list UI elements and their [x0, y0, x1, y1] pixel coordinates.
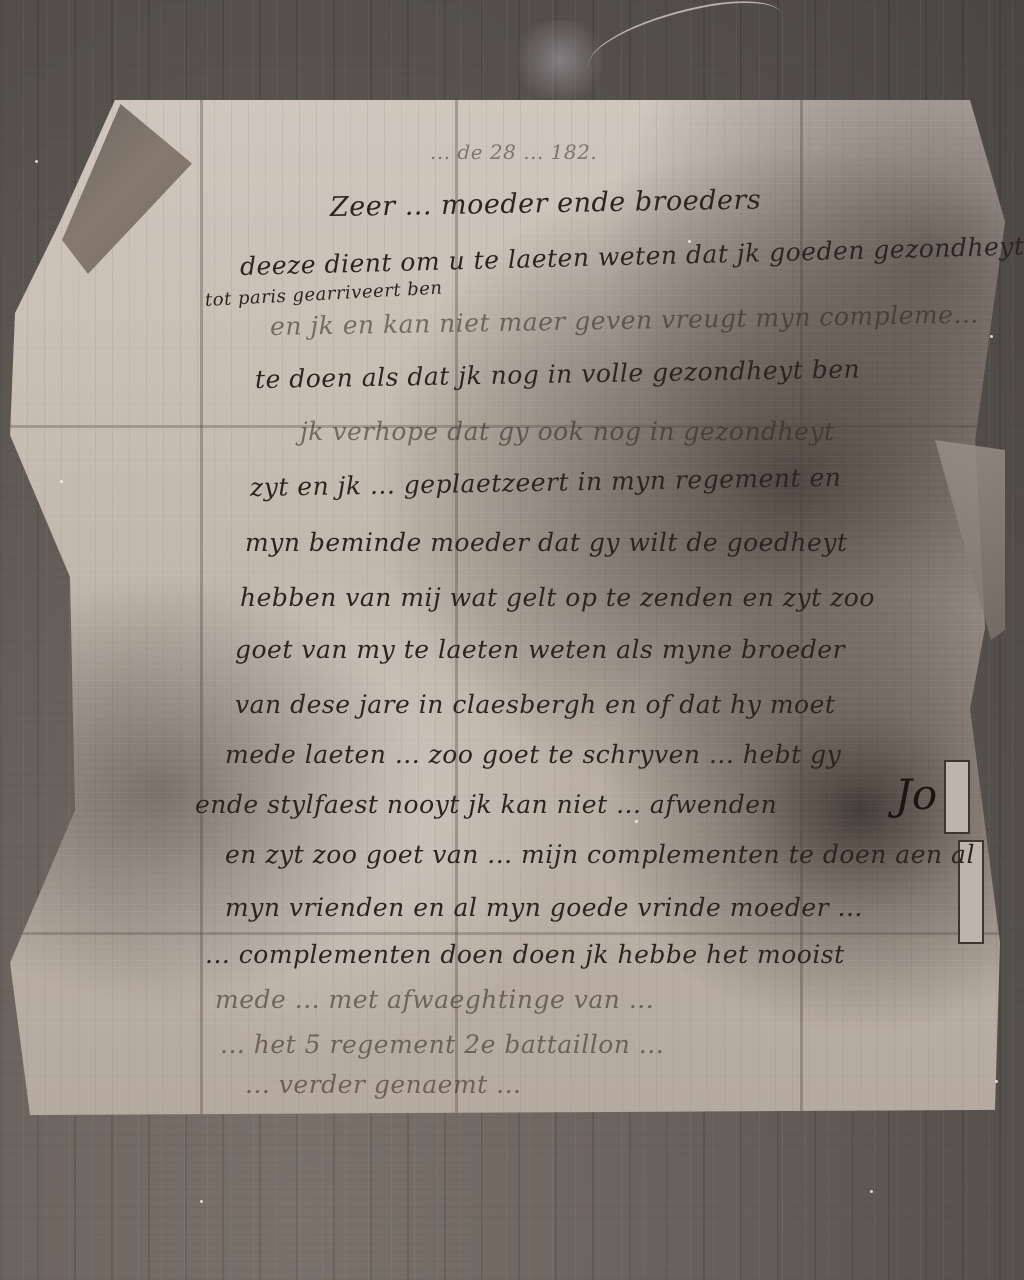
- letter-line-1: deeze dient om u te laeten weten dat jk …: [240, 231, 1024, 281]
- letter-line-18: ... verder genaemt ...: [245, 1070, 522, 1099]
- letter-line-2: tot paris gearriveert ben: [204, 278, 443, 311]
- letter-line-6: zyt en jk ... geplaetzeert in myn regeme…: [250, 463, 842, 502]
- handwriting: ... de 28 ... 182. Zeer ... moeder ende …: [0, 0, 1024, 1280]
- salutation: Zeer ... moeder ende broeders: [330, 184, 762, 223]
- letter-line-16: mede ... met afwaeghtinge van ...: [215, 985, 654, 1014]
- dust-speck: [635, 820, 638, 823]
- letter-line-15: ... complementen doen doen jk hebbe het …: [205, 940, 845, 969]
- letter-line-7: myn beminde moeder dat gy wilt de goedhe…: [245, 528, 848, 557]
- letter-line-4: te doen als dat jk nog in volle gezondhe…: [255, 354, 861, 394]
- letter-line-12: ende stylfaest nooyt jk kan niet ... afw…: [195, 790, 777, 819]
- dust-speck: [995, 1080, 998, 1083]
- letter-line-11: mede laeten ... zoo goet te schryven ...…: [225, 740, 841, 769]
- letter-line-3: en jk en kan niet maer geven vreugt myn …: [270, 300, 979, 341]
- dust-speck: [870, 1190, 873, 1193]
- letter-line-10: van dese jare in claesbergh en of dat hy…: [235, 690, 835, 719]
- letter-line-9: goet van my te laeten weten als myne bro…: [235, 635, 845, 664]
- dust-speck: [688, 240, 691, 243]
- dust-speck: [990, 335, 993, 338]
- letter-line-17: ... het 5 regement 2e battaillon ...: [220, 1030, 664, 1059]
- letter-line-14: myn vrienden en al myn goede vrinde moed…: [225, 893, 863, 922]
- letter-line-13: en zyt zoo goet van ... mijn complemente…: [225, 840, 975, 869]
- dust-speck: [35, 160, 38, 163]
- letter-line-5: jk verhope dat gy ook nog in gezondheyt: [300, 417, 835, 446]
- dust-speck: [200, 1200, 203, 1203]
- marginal-glyph: Jo: [895, 770, 937, 819]
- letter-line-8: hebben van mij wat gelt op te zenden en …: [240, 583, 875, 612]
- date-line: ... de 28 ... 182.: [430, 140, 597, 164]
- dust-speck: [60, 480, 63, 483]
